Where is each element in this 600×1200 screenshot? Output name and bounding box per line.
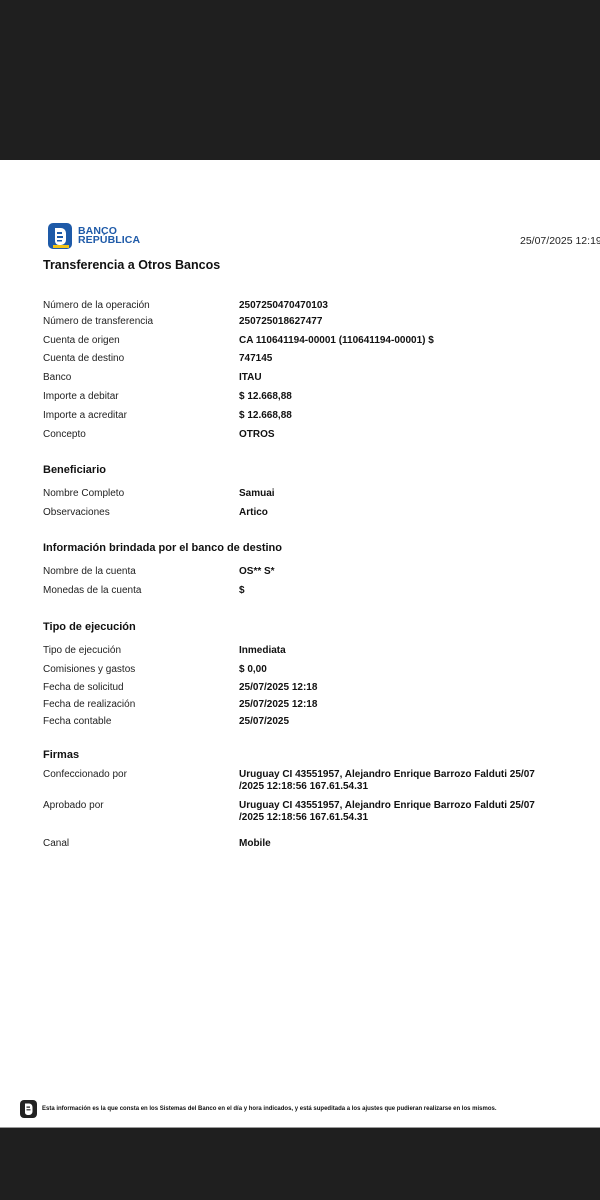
- detail-value: 250725018627477: [239, 316, 569, 328]
- footer-disclaimer: Esta información es la que consta en los…: [20, 1100, 497, 1118]
- bank-logo-icon: [48, 223, 72, 249]
- detail-value: Inmediata: [239, 645, 569, 657]
- detail-value: $ 0,00: [239, 664, 569, 676]
- signature-line: Uruguay CI 43551957, Alejandro Enrique B…: [239, 769, 569, 781]
- detail-label: Tipo de ejecución: [43, 645, 233, 656]
- detail-value: 747145: [239, 353, 569, 365]
- detail-label: Nombre de la cuenta: [43, 566, 233, 577]
- detail-value: CA 110641194-00001 (110641194-00001) $: [239, 335, 569, 347]
- detail-label: Cuenta de origen: [43, 335, 233, 346]
- detail-label: Confeccionado por: [43, 769, 233, 780]
- detail-value: OS** S*: [239, 566, 569, 578]
- detail-label: Concepto: [43, 429, 233, 440]
- top-dark-band: [0, 0, 600, 160]
- detail-label: Monedas de la cuenta: [43, 585, 233, 596]
- disclaimer-text: Esta información es la que consta en los…: [42, 1106, 497, 1112]
- bottom-dark-band: [0, 1127, 600, 1200]
- detail-value: $ 12.668,88: [239, 410, 569, 422]
- bank-logo: BANCO REPÚBLICA: [48, 223, 140, 249]
- print-date: 25/07/2025 12:19: [520, 235, 600, 247]
- receipt-page: BANCO REPÚBLICA 25/07/2025 12:19 Transfe…: [0, 160, 600, 1127]
- detail-value: ITAU: [239, 372, 569, 384]
- section-title-execution: Tipo de ejecución: [43, 621, 136, 633]
- detail-label: Observaciones: [43, 507, 233, 518]
- detail-label: Comisiones y gastos: [43, 664, 233, 675]
- signature-line: /2025 12:18:56 167.61.54.31: [239, 781, 569, 793]
- detail-value: Mobile: [239, 838, 569, 850]
- detail-label: Nombre Completo: [43, 488, 233, 499]
- detail-label: Importe a debitar: [43, 391, 233, 402]
- bank-name-line2: REPÚBLICA: [78, 236, 140, 246]
- section-title-beneficiary: Beneficiario: [43, 464, 106, 476]
- detail-value: 25/07/2025 12:18: [239, 699, 569, 711]
- signature-line: Uruguay CI 43551957, Alejandro Enrique B…: [239, 800, 569, 812]
- detail-value: Samuai: [239, 488, 569, 500]
- bank-name: BANCO REPÚBLICA: [78, 227, 140, 246]
- detail-label: Importe a acreditar: [43, 410, 233, 421]
- detail-label: Fecha de solicitud: [43, 682, 233, 693]
- detail-value: 25/07/2025: [239, 716, 569, 728]
- detail-value: Uruguay CI 43551957, Alejandro Enrique B…: [239, 800, 569, 824]
- detail-label: Aprobado por: [43, 800, 233, 811]
- detail-value: $ 12.668,88: [239, 391, 569, 403]
- detail-label: Fecha contable: [43, 716, 233, 727]
- detail-label: Número de transferencia: [43, 316, 233, 327]
- section-title-destination-info: Información brindada por el banco de des…: [43, 542, 282, 554]
- signature-line: /2025 12:18:56 167.61.54.31: [239, 812, 569, 824]
- detail-value: Artico: [239, 507, 569, 519]
- detail-value: 2507250470470103: [239, 300, 569, 312]
- detail-label: Fecha de realización: [43, 699, 233, 710]
- detail-label: Número de la operación: [43, 300, 233, 311]
- detail-label: Banco: [43, 372, 233, 383]
- detail-label: Cuenta de destino: [43, 353, 233, 364]
- detail-value: OTROS: [239, 429, 569, 441]
- detail-value: 25/07/2025 12:18: [239, 682, 569, 694]
- document-title: Transferencia a Otros Bancos: [43, 258, 220, 272]
- detail-value: $: [239, 585, 569, 597]
- section-title-signatures: Firmas: [43, 749, 79, 761]
- detail-value: Uruguay CI 43551957, Alejandro Enrique B…: [239, 769, 569, 793]
- detail-label: Canal: [43, 838, 233, 849]
- bank-logo-icon-small: [20, 1100, 37, 1118]
